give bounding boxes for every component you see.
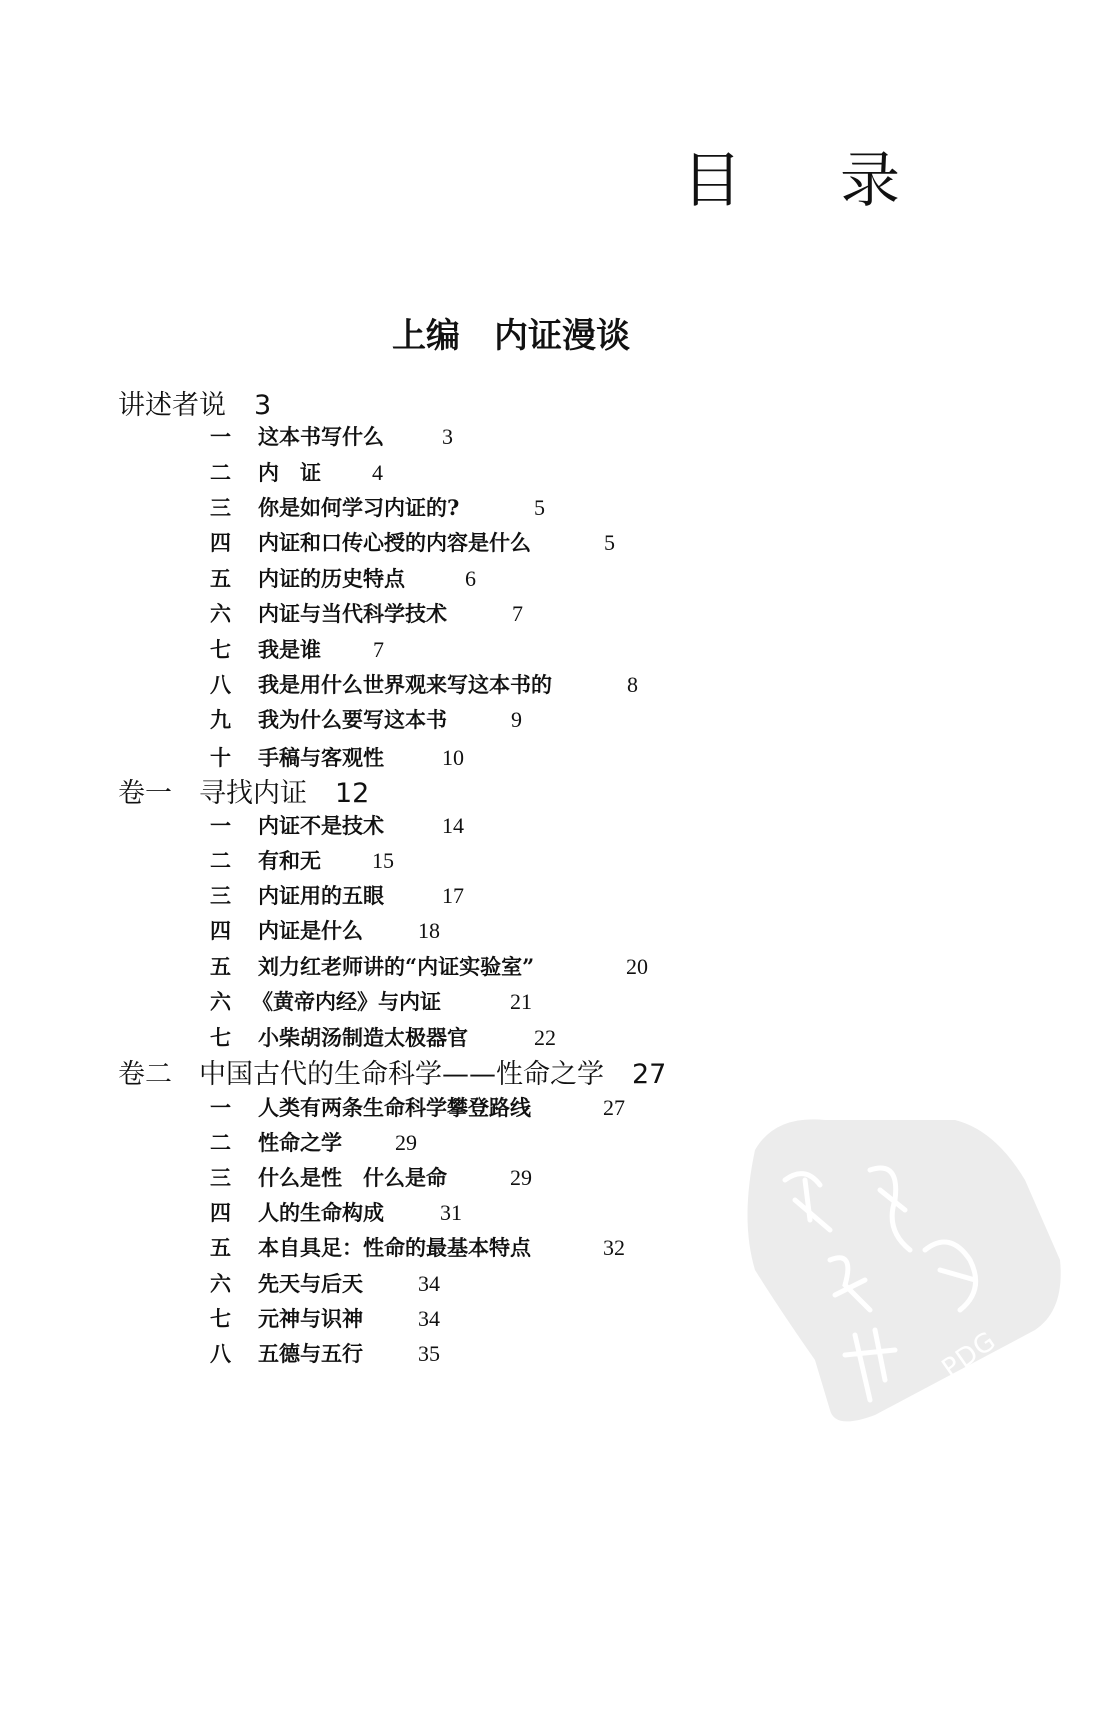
entry-number: 六	[210, 1269, 231, 1299]
entry-label: 我是用什么世界观来写这本书的	[258, 670, 552, 700]
entry-page: 5	[534, 493, 545, 523]
entry-label: 有和无	[258, 846, 321, 876]
entry-page: 29	[510, 1163, 532, 1193]
entry-label: 内证用的五眼	[258, 881, 384, 911]
entry-page: 15	[372, 846, 394, 876]
entry-number: 二	[210, 458, 231, 488]
page-title-char-2: 录	[840, 148, 900, 214]
entry-number: 一	[210, 1093, 231, 1123]
chapter-heading[interactable]: 卷二 中国古代的生命科学——性命之学27	[118, 1059, 666, 1091]
entry-page: 9	[511, 705, 522, 735]
entry-page: 17	[442, 881, 464, 911]
entry-number: 四	[210, 528, 231, 558]
chapter-page: 12	[335, 778, 369, 809]
entry-label: 内证和口传心授的内容是什么	[258, 528, 531, 558]
chapter-heading[interactable]: 卷一 寻找内证12	[118, 778, 369, 810]
entry-label: 内证的历史特点	[258, 564, 405, 594]
entry-number: 一	[210, 811, 231, 841]
entry-number: 七	[210, 1023, 231, 1053]
entry-page: 21	[510, 987, 532, 1017]
entry-label: 手稿与客观性	[258, 743, 384, 773]
entry-label: 性命之学	[258, 1128, 342, 1158]
watermark-seal: PDG	[735, 1110, 1065, 1440]
toc-page: 目 录 上编 内证漫谈 讲述者说3 一这本书写什么3 二内 证4 三你是如何学习…	[0, 0, 1104, 1710]
chapter-page: 27	[632, 1059, 666, 1090]
entry-page: 35	[418, 1339, 440, 1369]
entry-page: 10	[442, 743, 464, 773]
entry-label: 先天与后天	[258, 1269, 363, 1299]
entry-page: 3	[442, 422, 453, 452]
entry-label: 内证与当代科学技术	[258, 599, 447, 629]
entry-page: 27	[603, 1093, 625, 1123]
entry-number: 六	[210, 987, 231, 1017]
entry-page: 14	[442, 811, 464, 841]
entry-number: 二	[210, 1128, 231, 1158]
entry-label: 什么是性 什么是命	[258, 1163, 447, 1193]
entry-label: 我为什么要写这本书	[258, 705, 447, 735]
chapter-page: 3	[254, 390, 271, 421]
entry-label: 这本书写什么	[258, 422, 384, 452]
entry-page: 32	[603, 1233, 625, 1263]
entry-page: 4	[372, 458, 383, 488]
entry-number: 四	[210, 916, 231, 946]
entry-label: 内证是什么	[258, 916, 363, 946]
chapter-title: 讲述者说	[118, 390, 226, 421]
entry-number: 八	[210, 1339, 231, 1369]
entry-page: 8	[627, 670, 638, 700]
part-title: 上编 内证漫谈	[392, 314, 630, 358]
entry-number: 五	[210, 1233, 231, 1263]
entry-page: 22	[534, 1023, 556, 1053]
entry-page: 34	[418, 1304, 440, 1334]
entry-label: 人的生命构成	[258, 1198, 384, 1228]
entry-number: 九	[210, 705, 231, 735]
entry-page: 34	[418, 1269, 440, 1299]
seal-icon	[735, 1110, 1065, 1440]
entry-number: 二	[210, 846, 231, 876]
entry-label: 五德与五行	[258, 1339, 363, 1369]
entry-page: 29	[395, 1128, 417, 1158]
entry-number: 八	[210, 670, 231, 700]
entry-number: 四	[210, 1198, 231, 1228]
entry-number: 三	[210, 1163, 231, 1193]
entry-page: 20	[626, 952, 648, 982]
entry-number: 一	[210, 422, 231, 452]
entry-page: 31	[440, 1198, 462, 1228]
entry-number: 六	[210, 599, 231, 629]
entry-number: 三	[210, 493, 231, 523]
entry-page: 18	[418, 916, 440, 946]
entry-page: 7	[373, 635, 384, 665]
entry-label: 元神与识神	[258, 1304, 363, 1334]
entry-label: 人类有两条生命科学攀登路线	[258, 1093, 531, 1123]
chapter-title: 卷一 寻找内证	[118, 778, 307, 809]
entry-label: 内 证	[258, 458, 321, 488]
entry-label: 我是谁	[258, 635, 321, 665]
entry-number: 七	[210, 635, 231, 665]
entry-label: 本自具足：性命的最基本特点	[258, 1233, 531, 1263]
entry-label: 刘力红老师讲的“内证实验室”	[258, 952, 534, 982]
chapter-heading[interactable]: 讲述者说3	[118, 390, 271, 422]
entry-page: 7	[512, 599, 523, 629]
entry-label: 内证不是技术	[258, 811, 384, 841]
entry-label: 《黄帝内经》与内证	[252, 987, 441, 1017]
entry-number: 十	[210, 743, 231, 773]
entry-number: 五	[210, 564, 231, 594]
entry-number: 五	[210, 952, 231, 982]
entry-page: 5	[604, 528, 615, 558]
entry-label: 小柴胡汤制造太极器官	[258, 1023, 468, 1053]
entry-number: 七	[210, 1304, 231, 1334]
entry-page: 6	[465, 564, 476, 594]
entry-label: 你是如何学习内证的?	[258, 493, 459, 523]
entry-number: 三	[210, 881, 231, 911]
page-title-char-1: 目	[682, 148, 742, 214]
chapter-title: 卷二 中国古代的生命科学——性命之学	[118, 1059, 604, 1090]
